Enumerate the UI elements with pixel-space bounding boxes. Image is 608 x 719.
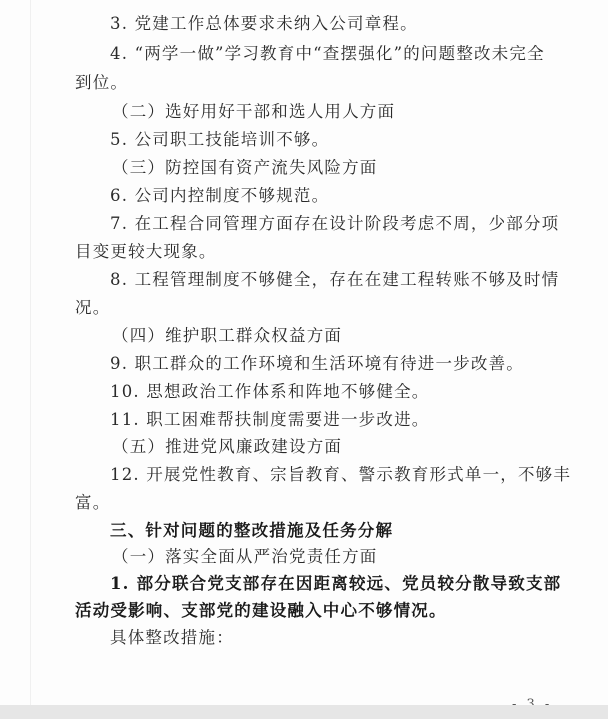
item-11: 11. 职工困难帮扶制度需要进一步改进。 <box>110 410 430 430</box>
item-5: 5. 公司职工技能培训不够。 <box>110 130 329 150</box>
item-6: 6. 公司内控制度不够规范。 <box>110 186 329 206</box>
page-edge-shadow <box>30 0 31 705</box>
section-2-heading: （二）选好用好干部和选人用人方面 <box>112 102 395 122</box>
section-3-heading: （三）防控国有资产流失风险方面 <box>112 158 378 178</box>
section-4-heading: （四）维护职工群众权益方面 <box>112 326 342 346</box>
item-4-line-1: 4. “两学一做”学习教育中“查摆强化”的问题整改未完全 <box>110 44 545 64</box>
item-9: 9. 职工群众的工作环境和生活环境有待进一步改善。 <box>110 354 524 374</box>
document-page: 3. 党建工作总体要求未纳入公司章程。 4. “两学一做”学习教育中“查摆强化”… <box>0 0 608 705</box>
item-7-line-2: 目变更较大现象。 <box>75 242 217 262</box>
issue-1-line-1: 1. 部分联合党支部存在因距离较远、党员较分散导致支部 <box>110 574 561 594</box>
subsection-1-heading: （一）落实全面从严治党责任方面 <box>112 547 378 567</box>
item-8-line-2: 况。 <box>75 298 110 318</box>
item-10: 10. 思想政治工作体系和阵地不够健全。 <box>110 382 430 402</box>
item-12-line-1: 12. 开展党性教育、宗旨教育、警示教育形式单一，不够丰 <box>110 465 571 485</box>
chapter-3-heading: 三、针对问题的整改措施及任务分解 <box>110 521 393 541</box>
item-8-line-1: 8. 工程管理制度不够健全，存在在建工程转账不够及时情 <box>110 270 559 290</box>
item-3: 3. 党建工作总体要求未纳入公司章程。 <box>110 14 418 34</box>
item-12-line-2: 富。 <box>75 493 110 513</box>
item-4-line-2: 到位。 <box>75 73 128 93</box>
section-5-heading: （五）推进党风廉政建设方面 <box>112 437 342 457</box>
issue-1-line-2: 活动受影响、支部党的建设融入中心不够情况。 <box>75 601 447 621</box>
item-7-line-1: 7. 在工程合同管理方面存在设计阶段考虑不周，少部分项 <box>110 214 559 234</box>
measures-label: 具体整改措施： <box>110 628 234 648</box>
viewer-bottom-strip <box>0 705 608 719</box>
